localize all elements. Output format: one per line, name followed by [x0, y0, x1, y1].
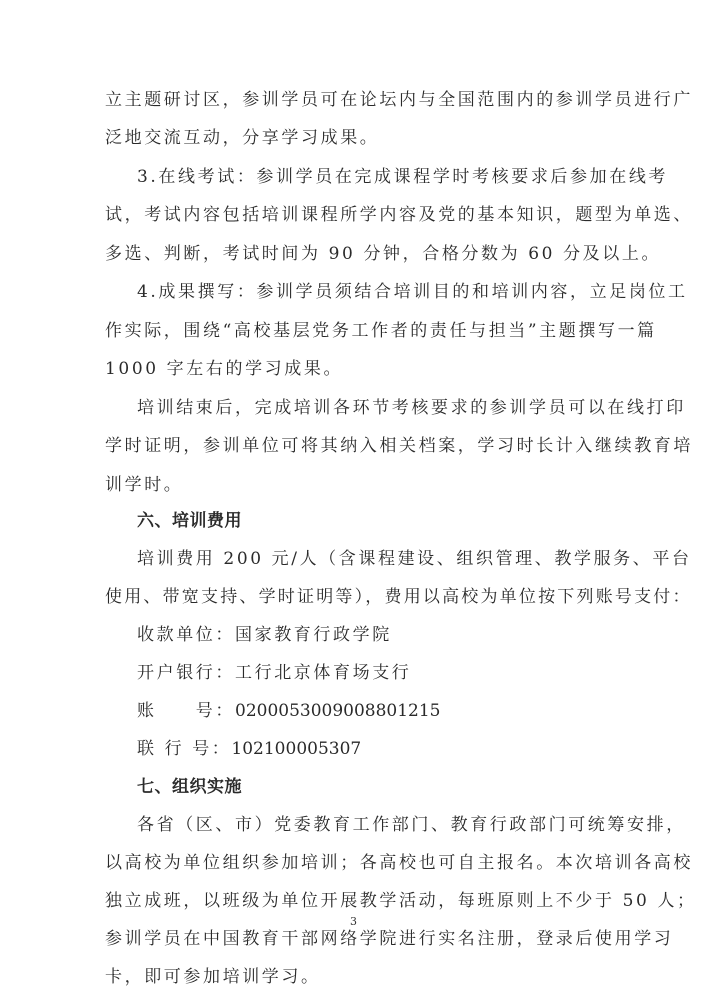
page-number: 3 [0, 915, 707, 928]
section-heading-fees: 六、培训费用 [137, 510, 637, 532]
paragraph-line: 培训结束后，完成培训各环节考核要求的参训学员可以在线打印 [137, 397, 637, 419]
paragraph-line: 培训费用 200 元/人（含课程建设、组织管理、教学服务、平台 [137, 548, 637, 570]
payee-label: 收款单位： [137, 625, 235, 645]
clearing-row: 联 行 号：102100005307 [137, 738, 637, 760]
bank-row: 开户银行：工行北京体育场支行 [137, 662, 637, 684]
document-page: 立主题研讨区，参训学员可在论坛内与全国范围内的参训学员进行广 泛地交流互动，分享… [0, 0, 707, 999]
paragraph-line: 多选、判断，考试时间为 90 分钟，合格分数为 60 分及以上。 [105, 243, 605, 265]
paragraph-line: 训学时。 [105, 474, 605, 496]
paragraph-line: 立主题研讨区，参训学员可在论坛内与全国范围内的参训学员进行广 [105, 89, 605, 111]
account-row: 账 号：0200053009008801215 [137, 700, 637, 722]
bank-label: 开户银行： [137, 663, 235, 683]
paragraph-line: 以高校为单位组织参加培训；各高校也可自主报名。本次培训各高校 [105, 852, 605, 874]
paragraph-line: 各省（区、市）党委教育工作部门、教育行政部门可统筹安排， [137, 814, 637, 836]
paragraph-line: 1000 字左右的学习成果。 [105, 358, 605, 380]
paragraph-line: 独立成班，以班级为单位开展教学活动，每班原则上不少于 50 人； [105, 890, 605, 912]
paragraph-line: 作实际，围绕“高校基层党务工作者的责任与担当”主题撰写一篇 [105, 320, 605, 342]
payee-value: 国家教育行政学院 [235, 625, 392, 645]
clearing-value: 102100005307 [231, 739, 361, 759]
paragraph-line: 4.成果撰写：参训学员须结合培训目的和培训内容，立足岗位工 [137, 281, 637, 303]
account-value: 0200053009008801215 [235, 701, 441, 721]
clearing-label: 联 行 号： [137, 739, 231, 759]
paragraph-line: 3.在线考试：参训学员在完成课程学时考核要求后参加在线考 [137, 166, 637, 188]
paragraph-line: 泛地交流互动，分享学习成果。 [105, 127, 605, 149]
section-heading-implementation: 七、组织实施 [137, 776, 637, 798]
paragraph-line: 卡，即可参加培训学习。 [105, 966, 605, 988]
paragraph-line: 参训学员在中国教育干部网络学院进行实名注册，登录后使用学习 [105, 928, 605, 950]
paragraph-line: 使用、带宽支持、学时证明等），费用以高校为单位按下列账号支付： [105, 586, 605, 608]
bank-value: 工行北京体育场支行 [235, 663, 411, 683]
payee-row: 收款单位：国家教育行政学院 [137, 624, 637, 646]
paragraph-line: 学时证明，参训单位可将其纳入相关档案，学习时长计入继续教育培 [105, 435, 605, 457]
account-label: 账 号： [137, 701, 235, 721]
paragraph-line: 试，考试内容包括培训课程所学内容及党的基本知识，题型为单选、 [105, 204, 605, 226]
